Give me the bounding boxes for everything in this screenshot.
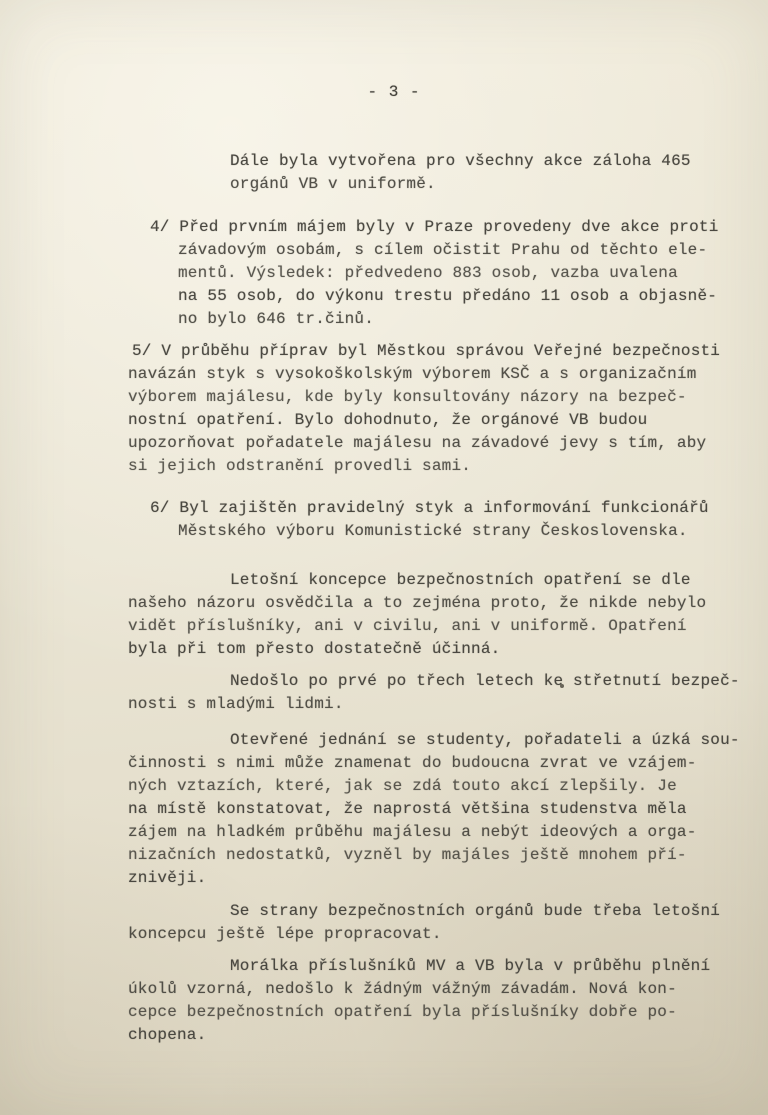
text-line: upozorňovat pořadatele majálesu na závad… [128,432,760,455]
text-line: si jejich odstranění provedli sami. [128,455,760,478]
text-line: 6/ Byl zajištěn pravidelný styk a inform… [128,497,760,520]
text-line: úkolů vzorná, nedošlo k žádným vážným zá… [128,978,760,1001]
text-line: nosti s mladými lidmi. [128,693,760,716]
text-line: 4/ Před prvním májem byly v Praze proved… [128,216,760,239]
scanned-page: - 3 - Dále byla vytvořena pro všechny ak… [0,0,768,1115]
text-line: činnosti s nimi může znamenat do budoucn… [128,752,760,775]
text-line: byla při tom přesto dostatečně účinná. [128,638,760,661]
text-line: Otevřené jednání se studenty, pořadateli… [128,729,760,752]
paragraph: Morálka příslušníků MV a VB byla v průbě… [128,955,760,1047]
paragraph: Nedošlo po prvé po třech letech ke střet… [128,670,760,716]
document-body: Dále byla vytvořena pro všechny akce zál… [128,150,760,1047]
text-line: Letošní koncepce bezpečnostních opatření… [128,569,760,592]
numbered-item: 4/ Před prvním májem byly v Praze proved… [128,216,760,331]
text-line: znivěji. [128,867,760,890]
ink-speck [560,684,564,688]
text-line: Morálka příslušníků MV a VB byla v průbě… [128,955,760,978]
text-line: závadovým osobám, s cílem očistit Prahu … [128,239,760,262]
paragraph: Otevřené jednání se studenty, pořadateli… [128,729,760,890]
text-line: cepce bezpečnostních opatření byla přísl… [128,1001,760,1024]
page-number: - 3 - [10,83,768,101]
paragraph: Se strany bezpečnostních orgánů bude tře… [128,900,760,946]
text-line: koncepcu ještě lépe propracovat. [128,923,760,946]
numbered-item: 5/ V průběhu příprav byl Městkou správou… [128,340,760,478]
text-line: nizačních nedostatků, vyzněl by majáles … [128,844,760,867]
text-line: mentů. Výsledek: předvedeno 883 osob, va… [128,262,760,285]
text-line: Nedošlo po prvé po třech letech ke střet… [128,670,760,693]
text-line: na místě konstatovat, že naprostá většin… [128,798,760,821]
text-line: Se strany bezpečnostních orgánů bude tře… [128,900,760,923]
text-line: Městského výboru Komunistické strany Čes… [128,520,760,543]
text-line: Dále byla vytvořena pro všechny akce zál… [128,150,760,173]
text-line: výborem majálesu, kde byly konsultovány … [128,386,760,409]
numbered-item: 6/ Byl zajištěn pravidelný styk a inform… [128,497,760,543]
text-line: nostní opatření. Bylo dohodnuto, že orgá… [128,409,760,432]
paragraph: Letošní koncepce bezpečnostních opatření… [128,569,760,661]
text-line: no bylo 646 tr.činů. [128,308,760,331]
text-line: orgánů VB v uniformě. [128,173,760,196]
paragraph: Dále byla vytvořena pro všechny akce zál… [128,150,760,196]
text-line: na 55 osob, do výkonu trestu předáno 11 … [128,285,760,308]
text-line: 5/ V průběhu příprav byl Městkou správou… [128,340,760,363]
item-number: 4/ [150,218,179,236]
item-number: 5/ [132,342,161,360]
text-line: navázán styk s vysokoškolským výborem KS… [128,363,760,386]
text-line: chopena. [128,1024,760,1047]
text-line: vidět příslušníky, ani v civilu, ani v u… [128,615,760,638]
text-line: ných vztazích, které, jak se zdá touto a… [128,775,760,798]
text-line: našeho názoru osvědčila a to zejména pro… [128,592,760,615]
item-number: 6/ [150,499,179,517]
text-line: zájem na hladkém průběhu majálesu a nebý… [128,821,760,844]
